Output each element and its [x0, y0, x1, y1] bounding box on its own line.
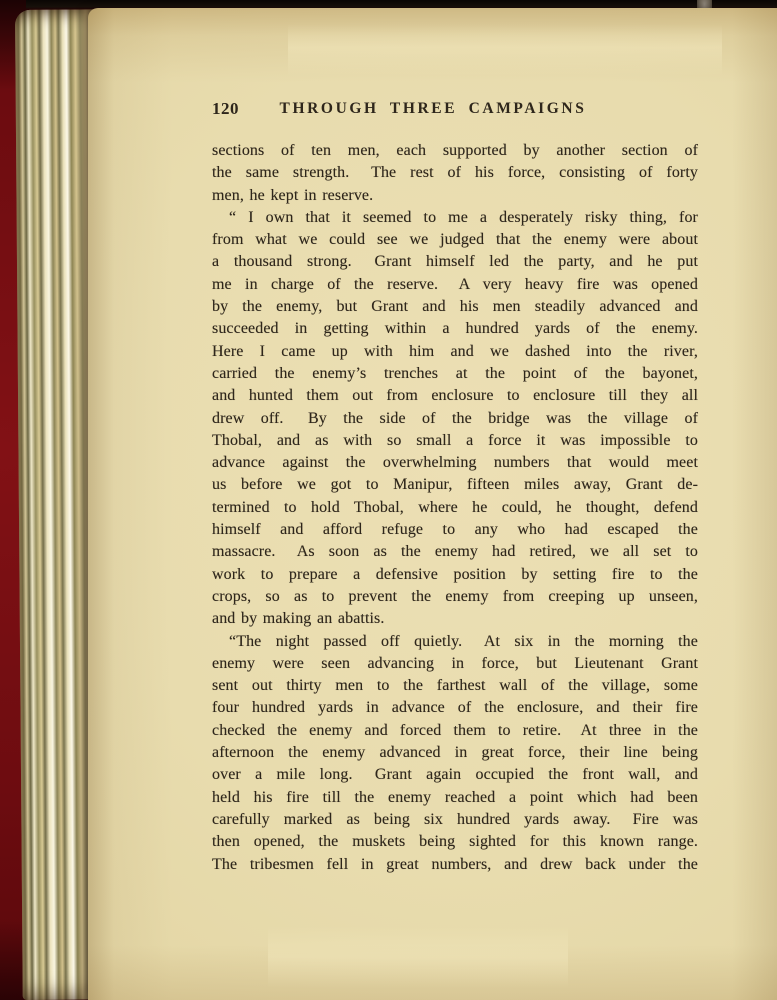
- book-scan: 120 THROUGH THREE CAMPAIGNS sections of …: [0, 0, 777, 1000]
- text-line: massacre. As soon as the enemy had retir…: [212, 541, 698, 563]
- text-line: Thobal, and as with so small a force it …: [212, 430, 698, 452]
- text-line: the same strength. The rest of his force…: [212, 162, 698, 184]
- text-line: men, he kept in reserve.: [212, 185, 698, 207]
- text-line: and hunted them out from enclosure to en…: [212, 385, 698, 407]
- scan-glare-bottom: [268, 926, 568, 988]
- text-line: sections of ten men, each supported by a…: [212, 140, 698, 162]
- book-page: 120 THROUGH THREE CAMPAIGNS sections of …: [88, 8, 777, 1000]
- text-line: “The night passed off quietly. At six in…: [212, 631, 698, 653]
- running-header: THROUGH THREE CAMPAIGNS: [212, 100, 654, 118]
- text-line: sent out thirty men to the farthest wall…: [212, 675, 698, 697]
- text-line: us before we got to Manipur, fifteen mil…: [212, 474, 698, 496]
- text-line: enemy were seen advancing in force, but …: [212, 653, 698, 675]
- text-line: succeeded in getting within a hundred ya…: [212, 318, 698, 340]
- text-line: by the enemy, but Grant and his men stea…: [212, 296, 698, 318]
- text-line: advance against the overwhelming numbers…: [212, 452, 698, 474]
- text-line: me in charge of the reserve. A very heav…: [212, 274, 698, 296]
- text-line: crops, so as to prevent the enemy from c…: [212, 586, 698, 608]
- printed-area: 120 THROUGH THREE CAMPAIGNS sections of …: [212, 8, 698, 876]
- text-line: and by making an abattis.: [212, 608, 698, 630]
- text-line: termined to hold Thobal, where he could,…: [212, 497, 698, 519]
- text-line: over a mile long. Grant again occupied t…: [212, 764, 698, 786]
- text-line: Here I came up with him and we dashed in…: [212, 341, 698, 363]
- text-line: carried the enemy’s trenches at the poin…: [212, 363, 698, 385]
- text-line: himself and afford refuge to any who had…: [212, 519, 698, 541]
- page-text: sections of ten men, each supported by a…: [212, 140, 698, 876]
- text-line: carefully marked as being six hundred ya…: [212, 809, 698, 831]
- text-line: held his fire till the enemy reached a p…: [212, 787, 698, 809]
- text-line: The tribesmen fell in great numbers, and…: [212, 854, 698, 876]
- text-line: a thousand strong. Grant himself led the…: [212, 251, 698, 273]
- text-line: then opened, the muskets being sighted f…: [212, 831, 698, 853]
- text-line: from what we could see we judged that th…: [212, 229, 698, 251]
- text-line: drew off. By the side of the bridge was …: [212, 408, 698, 430]
- text-line: checked the enemy and forced them to ret…: [212, 720, 698, 742]
- text-line: “ I own that it seemed to me a desperate…: [212, 207, 698, 229]
- text-line: work to prepare a defensive position by …: [212, 564, 698, 586]
- page-header: 120 THROUGH THREE CAMPAIGNS: [212, 99, 698, 120]
- text-line: four hundred yards in advance of the enc…: [212, 697, 698, 719]
- text-line: afternoon the enemy advanced in great fo…: [212, 742, 698, 764]
